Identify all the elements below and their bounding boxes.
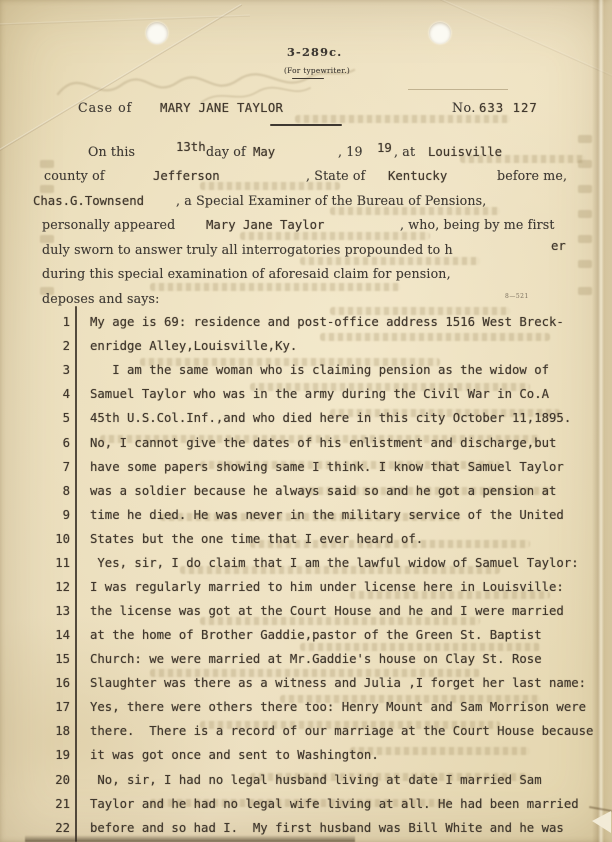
line-number: 17 xyxy=(30,699,70,715)
line-number: 8 xyxy=(30,483,70,499)
intro-typed-month: May xyxy=(253,144,275,160)
deposition-line: 4Samuel Taylor who was in the army durin… xyxy=(0,386,612,403)
deposition-line: 8was a soldier because he always said so… xyxy=(0,483,612,500)
case-name: MARY JANE TAYLOR xyxy=(160,100,283,116)
line-text: I am the same woman who is claiming pens… xyxy=(90,362,549,378)
form-code: 3-289c. xyxy=(287,44,342,60)
line-text: No, sir, I had no legal husband living a… xyxy=(90,772,542,788)
line-text: at the home of Brother Gaddie,pastor of … xyxy=(90,627,542,643)
line-text: I was regularly married to him under lic… xyxy=(90,579,564,595)
intro-print: day of xyxy=(206,144,246,160)
line-number: 20 xyxy=(30,772,70,788)
intro-line: Chas.G.Townsend , a Special Examiner of … xyxy=(0,193,612,210)
intro-typed-day: 13th xyxy=(176,139,206,155)
line-number: 10 xyxy=(30,531,70,547)
deposition-line: 21Taylor and he had no legal wife living… xyxy=(0,796,612,813)
deposition-line: 18there. There is a record of our marria… xyxy=(0,723,612,740)
line-number: 21 xyxy=(30,796,70,812)
intro-typed-city: Louisville xyxy=(428,144,502,160)
line-number: 14 xyxy=(30,627,70,643)
deposition-line: 19it was got once and sent to Washington… xyxy=(0,747,612,764)
case-number: 633 127 xyxy=(479,100,538,116)
case-of-label: Case of xyxy=(78,100,132,116)
intro-typed-state: Kentucky xyxy=(388,168,447,184)
deposition-line: 10States but the one time that I ever he… xyxy=(0,531,612,548)
line-number: 15 xyxy=(30,651,70,667)
intro-print: duly sworn to answer truly all interroga… xyxy=(42,242,453,258)
line-text: have some papers showing same I think. I… xyxy=(90,459,564,475)
intro-print: , State of xyxy=(306,168,365,184)
line-text: it was got once and sent to Washington. xyxy=(90,747,379,763)
intro-typed-pronoun: er xyxy=(551,238,566,254)
deposition-line: 11 Yes, sir, I do claim that I am the la… xyxy=(0,555,612,572)
line-text: No, I cannot give the dates of his enlis… xyxy=(90,435,556,451)
punch-hole-left xyxy=(146,22,168,44)
line-number: 2 xyxy=(30,338,70,354)
intro-typed-county: Jefferson xyxy=(153,168,220,184)
line-number: 1 xyxy=(30,314,70,330)
line-number: 9 xyxy=(30,507,70,523)
line-number: 18 xyxy=(30,723,70,739)
line-number: 3 xyxy=(30,362,70,378)
line-text: States but the one time that I ever hear… xyxy=(90,531,423,547)
form-code-note: (For typewriter.) xyxy=(284,63,350,79)
intro-print: , a Special Examiner of the Bureau of Pe… xyxy=(176,193,486,209)
deposition-line: 2enridge Alley,Louisville,Ky. xyxy=(0,338,612,355)
deposition-line: 14at the home of Brother Gaddie,pastor o… xyxy=(0,627,612,644)
number-label: No. xyxy=(452,100,476,116)
intro-typed-deponent: Mary Jane Taylor xyxy=(206,217,324,233)
line-number: 19 xyxy=(30,747,70,763)
intro-print: county of xyxy=(44,168,105,184)
line-number: 22 xyxy=(30,820,70,836)
line-text: Taylor and he had no legal wife living a… xyxy=(90,796,579,812)
intro-print: , 19 xyxy=(338,144,363,160)
line-number: 12 xyxy=(30,579,70,595)
deposition-line: 12I was regularly married to him under l… xyxy=(0,579,612,596)
document-page: 3-289c. (For typewriter.) Case of MARY J… xyxy=(0,0,612,842)
intro-print: , at xyxy=(394,144,415,160)
deposition-line: 20 No, sir, I had no legal husband livin… xyxy=(0,772,612,789)
intro-typed-examiner: Chas.G.Townsend xyxy=(33,193,144,209)
intro-line: On this 13th day of May , 19 19 , at Lou… xyxy=(0,144,612,161)
line-text: Samuel Taylor who was in the army during… xyxy=(90,386,549,402)
line-number: 6 xyxy=(30,435,70,451)
line-text: time he died. He was never in the milita… xyxy=(90,507,564,523)
line-text: Yes, sir, I do claim that I am the lawfu… xyxy=(90,555,579,571)
line-number: 5 xyxy=(30,410,70,426)
intro-line: during this special examination of afore… xyxy=(0,266,612,283)
number-blank-rule xyxy=(408,89,508,90)
intro-line: county of Jefferson , State of Kentucky … xyxy=(0,168,612,185)
line-text: before and so had I. My first husband wa… xyxy=(90,820,564,836)
intro-print: during this special examination of afore… xyxy=(42,266,451,282)
print-shop-code: 8—521 xyxy=(505,293,529,300)
line-text: Yes, there were others there too: Henry … xyxy=(90,699,586,715)
punch-hole-right xyxy=(429,22,451,44)
line-text: the license was got at the Court House a… xyxy=(90,603,564,619)
line-text: 45th U.S.Col.Inf.,and who died here in t… xyxy=(90,410,571,426)
deposition-line: 13the license was got at the Court House… xyxy=(0,603,612,620)
line-text: Church: we were married at Mr.Gaddie's h… xyxy=(90,651,542,667)
case-name-underline xyxy=(270,124,342,126)
intro-typed-year: 19 xyxy=(377,140,392,156)
intro-print: deposes and says: xyxy=(42,291,160,307)
fold-crease xyxy=(433,0,612,79)
intro-print: before me, xyxy=(497,168,567,184)
deposition-line: 16Slaughter was there as a witness and J… xyxy=(0,675,612,692)
deposition-line: 15Church: we were married at Mr.Gaddie's… xyxy=(0,651,612,668)
deposition-line: 1My age is 69: residence and post-office… xyxy=(0,314,612,331)
intro-print: personally appeared xyxy=(42,217,175,233)
intro-print: , who, being by me first xyxy=(400,217,555,233)
deposition-line: 7have some papers showing same I think. … xyxy=(0,459,612,476)
deposition-line: 17Yes, there were others there too: Henr… xyxy=(0,699,612,716)
line-number: 7 xyxy=(30,459,70,475)
line-text: My age is 69: residence and post-office … xyxy=(90,314,564,330)
deposition-line: 3 I am the same woman who is claiming pe… xyxy=(0,362,612,379)
line-number: 13 xyxy=(30,603,70,619)
intro-line: personally appeared Mary Jane Taylor , w… xyxy=(0,217,612,234)
intro-print: On this xyxy=(88,144,135,160)
intro-line: duly sworn to answer truly all interroga… xyxy=(0,242,612,259)
line-number: 16 xyxy=(30,675,70,691)
header-rule xyxy=(292,78,324,79)
line-text: there. There is a record of our marriage… xyxy=(90,723,593,739)
line-number: 11 xyxy=(30,555,70,571)
line-text: enridge Alley,Louisville,Ky. xyxy=(90,338,297,354)
line-text: Slaughter was there as a witness and Jul… xyxy=(90,675,586,691)
line-number: 4 xyxy=(30,386,70,402)
deposition-line: 22before and so had I. My first husband … xyxy=(0,820,612,837)
deposition-line: 545th U.S.Col.Inf.,and who died here in … xyxy=(0,410,612,427)
deposition-line: 6No, I cannot give the dates of his enli… xyxy=(0,435,612,452)
deposition-line: 9time he died. He was never in the milit… xyxy=(0,507,612,524)
line-text: was a soldier because he always said so … xyxy=(90,483,556,499)
